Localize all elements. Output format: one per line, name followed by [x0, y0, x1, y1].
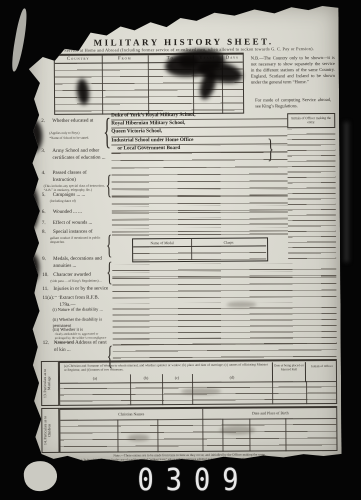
item4-number: 4.	[42, 171, 53, 184]
col-medal-name: Name of Medal	[133, 241, 191, 246]
item11a-i-label: (i) Nature of the disability ...	[53, 307, 109, 313]
item2-subnote1: (Applies only to Boys)	[49, 131, 105, 136]
item9-text: Medals, decorations and annuities ...	[53, 257, 108, 270]
item9-number: 9.	[42, 257, 53, 270]
col-a: (a)	[60, 375, 130, 380]
item10-subnote: (vide para. ... of King’s Regulations) .…	[50, 279, 106, 284]
item7-number: 7.	[42, 221, 53, 228]
medal-table-rows	[133, 246, 266, 260]
edge-tear	[21, 185, 39, 231]
item12-number: 12.	[43, 341, 54, 354]
col-initials-officer: Initials of Officer	[306, 362, 338, 382]
ink-smudge	[179, 56, 199, 68]
item3-text: Army School and other certificates of ed…	[52, 149, 107, 162]
col-birth: Date and Place of Birth	[202, 411, 338, 417]
frame-counter: 0309	[108, 462, 268, 500]
edge-tear	[22, 119, 42, 153]
microfilm-frame: MILITARY HISTORY SHEET. 1. Service at Ho…	[0, 0, 361, 500]
col-from: From	[102, 56, 148, 61]
marriage-side-label: 13. Particulars as to Marriage	[42, 362, 58, 405]
children-side-cell: 14. Particulars as to Children	[41, 408, 59, 453]
marriage-header: (a) Christian and Surname of Woman to wh…	[64, 362, 268, 372]
marriage-side-cell: 13. Particulars as to Marriage	[41, 361, 59, 406]
item3-lines	[111, 145, 287, 168]
item2-number: 2.	[41, 119, 52, 126]
item3-label: 3. Army School and other certificates of…	[41, 149, 107, 162]
col-b: (b)	[130, 375, 162, 380]
edge-tear	[23, 253, 39, 283]
item3-number: 3.	[41, 149, 52, 162]
col-country: Country	[55, 57, 102, 62]
item7-label: 7. Effect of wounds ...	[42, 221, 108, 228]
item12-lines	[113, 337, 337, 359]
children-rows	[60, 418, 336, 453]
item4-text: Passed classes of Instruction)	[53, 171, 108, 184]
form-page: MILITARY HISTORY SHEET. 1. Service at Ho…	[28, 5, 341, 463]
col-d: (d)	[192, 374, 272, 380]
children-side-label: 14. Particulars as to Children	[42, 409, 58, 452]
col-days: Days	[222, 56, 243, 61]
torn-paper-scrap	[10, 8, 30, 73]
film-streak	[344, 122, 349, 262]
item7-text: Effect of wounds ...	[53, 221, 92, 228]
item6-label: 6. Wounded ... ...	[42, 210, 108, 217]
item5-subnote: (Including dates of)	[50, 199, 106, 204]
item2-subnote2: *Name of School to be stated.	[49, 136, 107, 141]
nb-note: N.B.—The Country only to be shown—it is …	[251, 55, 335, 85]
item4-label: 4. Passed classes of Instruction)	[42, 171, 108, 184]
col-married-roll-date: Date of being placed on Married Roll	[272, 362, 306, 382]
children-table: Christian Names Date and Place of Birth	[59, 406, 337, 453]
item8-subnote: gallant conduct if mentioned in public d…	[50, 236, 106, 245]
initials-rail-lines	[287, 129, 336, 259]
item2-label: 2. Whether educated at	[41, 119, 107, 126]
item6-number: 6.	[42, 210, 53, 217]
item12-label: 12. Name and Address of next of kin ...	[43, 341, 109, 354]
item12-text: Name and Address of next of kin ...	[54, 341, 109, 354]
item8-lines	[112, 227, 288, 236]
initials-officer-box: Initials of Officer making the entry.	[287, 113, 335, 128]
item2-text: Whether educated at	[52, 119, 93, 126]
item9-label: 9. Medals, decorations and annuities ...	[42, 257, 108, 270]
col-christian-names: Christian Names	[60, 412, 202, 418]
torn-paper-scrap	[22, 459, 59, 493]
item4-subnote: (This includes any special class of inst…	[44, 184, 106, 193]
col-c: (c)	[162, 375, 192, 380]
marriage-table: (a) Christian and Surname of Woman to wh…	[59, 359, 337, 406]
item6-text: Wounded ... ...	[53, 210, 82, 217]
medal-table: Name of Medal Clasps	[132, 237, 268, 262]
col-clasps: Clasps	[191, 240, 266, 245]
item11-lines	[112, 284, 336, 299]
nb-note-2: For mode of computing Service abroad, se…	[255, 97, 331, 109]
